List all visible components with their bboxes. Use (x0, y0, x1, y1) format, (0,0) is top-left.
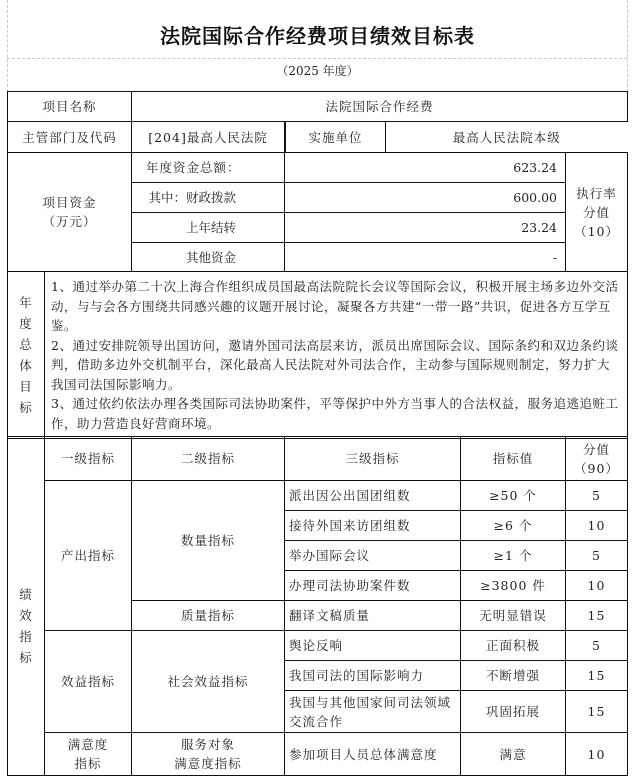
goal-item-2: 2、通过安排院领导出国访问，邀请外国司法高层来访，派员出席国际会议、国际条约和双… (51, 336, 621, 395)
metrics-label-char: 指 (12, 626, 40, 647)
funds-total-value: 623.24 (285, 153, 566, 183)
metric-value: 正面积极 (461, 631, 566, 661)
metrics-label-char: 效 (12, 605, 40, 626)
metric-name: 我国司法的国际影响力 (285, 661, 461, 691)
funds-label-line2: （万元） (12, 212, 127, 231)
goal-item-3: 3、通过依约依法办理各类国际司法协助案件，平等保护中外方当事人的合法权益，服务追… (51, 394, 621, 433)
project-name-row: 项目名称 法院国际合作经费 (8, 92, 628, 122)
metric-value: ≥1 个 (461, 541, 566, 571)
department-value: [204]最高人民法院 (132, 122, 285, 153)
metric-name: 翻译文稿质量 (285, 601, 461, 631)
group-satisfaction-line1: 满意度 (49, 735, 127, 754)
implementing-unit-value: 最高人民法院本级 (386, 122, 628, 152)
group-service-line2: 满意度指标 (136, 754, 280, 773)
metric-score: 15 (566, 691, 628, 733)
funds-fiscal-value: 600.00 (285, 183, 566, 213)
metric-score: 10 (566, 511, 628, 541)
metric-name: 举办国际会议 (285, 541, 461, 571)
execution-rate-line1: 执行率 (570, 184, 623, 203)
header-level2: 二级指标 (132, 437, 285, 481)
unit-subtable: 实施单位 最高人民法院本级 (285, 122, 628, 152)
group-service-line1: 服务对象 (136, 735, 280, 754)
goals-label-char: 总 (12, 334, 40, 355)
header-level3: 三级指标 (285, 437, 461, 481)
metric-score: 5 (566, 631, 628, 661)
metric-value: 无明显错误 (461, 601, 566, 631)
metrics-label: 绩 效 指 标 (8, 437, 45, 776)
group-quality: 质量指标 (132, 601, 285, 631)
metrics-label-char: 标 (12, 647, 40, 668)
execution-rate-line2: 分值 (570, 203, 623, 222)
metric-name: 派出因公出国团组数 (285, 481, 461, 511)
group-quantity: 数量指标 (132, 481, 285, 601)
funds-label-line1: 项目资金 (12, 193, 127, 212)
goals-label-char: 年 (12, 292, 40, 313)
metric-value: 满意 (461, 733, 566, 776)
group-benefit: 效益指标 (45, 631, 132, 733)
metric-name: 接待外国来访团组数 (285, 511, 461, 541)
annual-goals-label: 年 度 总 体 目 标 (8, 272, 45, 439)
goals-label-char: 标 (12, 397, 40, 418)
group-output: 产出指标 (45, 481, 132, 631)
group-satisfaction-line2: 指标 (49, 754, 127, 773)
metric-value: ≥3800 件 (461, 571, 566, 601)
metrics-table: 绩 效 指 标 一级指标 二级指标 三级指标 指标值 分值 （90） 产出指标 … (7, 436, 628, 776)
funds-carryover-label: 上年结转 (132, 213, 285, 243)
header-score-line1: 分值 (570, 440, 623, 459)
annual-goals-text: 1、通过举办第二十次上海合作组织成员国最高法院院长会议等国际会议，积极开展主场多… (45, 272, 628, 439)
group-social: 社会效益指标 (132, 631, 285, 733)
metrics-header-row: 绩 效 指 标 一级指标 二级指标 三级指标 指标值 分值 （90） (8, 437, 628, 481)
performance-table: 项目名称 法院国际合作经费 主管部门及代码 [204]最高人民法院 实施单位 实… (7, 91, 628, 439)
funds-row-total: 项目资金 （万元） 年度资金总额： 623.24 执行率 分值 （10） (8, 153, 628, 183)
metric-value: 不断增强 (461, 661, 566, 691)
metric-row: 满意度 指标 服务对象 满意度指标 参加项目人员总体满意度 满意 10 (8, 733, 628, 776)
funds-other-label: 其他资金 (132, 243, 285, 272)
funds-label: 项目资金 （万元） (8, 153, 132, 272)
metric-name: 我国与其他国家间司法领域交流合作 (285, 691, 461, 733)
metric-value: 巩固拓展 (461, 691, 566, 733)
implementing-unit-label-cell: 实施单位 (286, 122, 386, 152)
annual-goals-row: 年 度 总 体 目 标 1、通过举办第二十次上海合作组织成员国最高法院院长会议等… (8, 272, 628, 439)
metric-score: 5 (566, 481, 628, 511)
project-name-label: 项目名称 (8, 92, 132, 122)
metric-row: 效益指标 社会效益指标 舆论反响 正面积极 5 (8, 631, 628, 661)
metric-name: 参加项目人员总体满意度 (285, 733, 461, 776)
project-name-value: 法院国际合作经费 (132, 92, 628, 122)
funds-carryover-value: 23.24 (285, 213, 566, 243)
goals-label-char: 体 (12, 355, 40, 376)
header-score: 分值 （90） (566, 437, 628, 481)
header-level1: 一级指标 (45, 437, 132, 481)
department-label: 主管部门及代码 (8, 122, 132, 153)
metric-score: 10 (566, 733, 628, 776)
metrics-label-char: 绩 (12, 584, 40, 605)
metric-name: 办理司法协助案件数 (285, 571, 461, 601)
header-score-line2: （90） (570, 459, 623, 478)
goals-label-char: 目 (12, 376, 40, 397)
metric-row: 产出指标 数量指标 派出因公出国团组数 ≥50 个 5 (8, 481, 628, 511)
unit-split-cell: 实施单位 最高人民法院本级 (285, 122, 628, 153)
goals-label-char: 度 (12, 313, 40, 334)
group-service-satisfaction: 服务对象 满意度指标 (132, 733, 285, 776)
goal-item-1: 1、通过举办第二十次上海合作组织成员国最高法院院长会议等国际会议，积极开展主场多… (51, 277, 621, 336)
header-value: 指标值 (461, 437, 566, 481)
metric-score: 15 (566, 661, 628, 691)
metric-score: 15 (566, 601, 628, 631)
execution-rate-score: 执行率 分值 （10） (566, 153, 628, 272)
funds-other-value: - (285, 243, 566, 272)
group-satisfaction: 满意度 指标 (45, 733, 132, 776)
metric-name: 舆论反响 (285, 631, 461, 661)
page-title: 法院国际合作经费项目绩效目标表 (0, 20, 635, 49)
metric-value: ≥6 个 (461, 511, 566, 541)
funds-total-label: 年度资金总额： (132, 153, 285, 183)
execution-rate-line3: （10） (570, 222, 623, 241)
funds-fiscal-label: 其中：财政拨款 (132, 183, 285, 213)
department-row: 主管部门及代码 [204]最高人民法院 实施单位 实施单位 最高人民法院本级 (8, 122, 628, 153)
metric-score: 5 (566, 541, 628, 571)
metric-value: ≥50 个 (461, 481, 566, 511)
page-subtitle: （2025 年度） (0, 62, 635, 79)
metric-score: 10 (566, 571, 628, 601)
page-guide-top (7, 58, 627, 59)
